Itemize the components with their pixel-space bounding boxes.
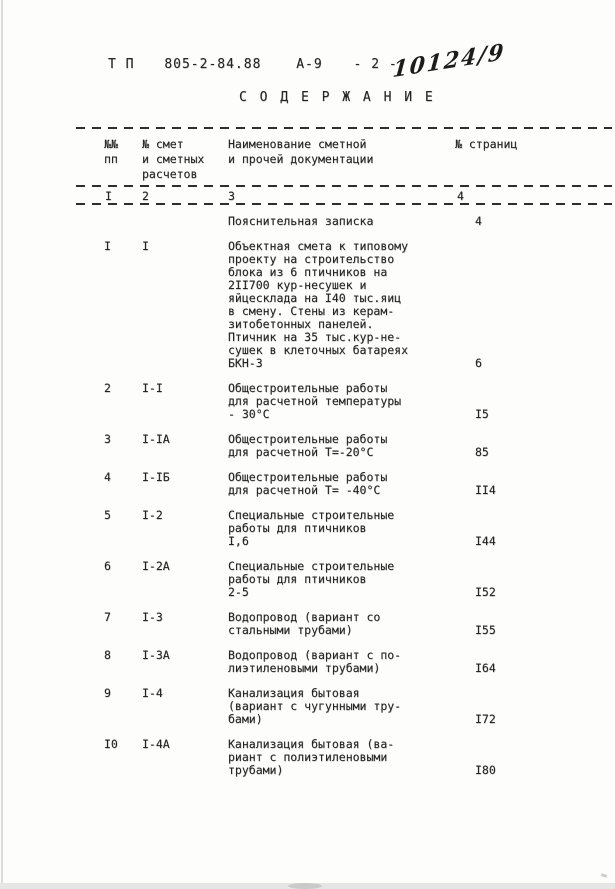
document-name: Пояснительная записка <box>228 215 434 228</box>
document-name: Канализация бытовая (ва- риант с полиэти… <box>228 738 434 777</box>
table-row: 4 I-IБ Общестроительные работы для расче… <box>0 471 615 497</box>
table-top-divider <box>76 127 612 129</box>
page-reference: 6 <box>434 357 595 370</box>
page-reference: I44 <box>434 535 595 548</box>
page-title: С О Д Е Р Ж А Н И Е <box>239 90 435 105</box>
column-number-4: 4 <box>457 190 464 203</box>
row-number: I0 <box>104 738 142 751</box>
page-reference: 85 <box>434 446 595 459</box>
estimate-number: I-4А <box>142 738 228 751</box>
sheet-number-label: - 2 - <box>354 57 398 72</box>
document-name: Водопровод (вариант с по- лиэтиленовыми … <box>228 649 434 675</box>
table-row: 7 I-3 Водопровод (вариант со стальными т… <box>0 611 615 637</box>
document-name: Канализация бытовая (вариант с чугунными… <box>228 687 434 726</box>
estimate-number: I-3 <box>142 611 228 624</box>
table-row: I I Объектная смета к типовому проекту н… <box>0 240 615 370</box>
table-row: 5 I-2 Специальные строительные работы дл… <box>0 509 615 548</box>
column-header-page-number: № страниц <box>455 137 517 152</box>
handwritten-inventory-number: 10124/9 <box>392 39 507 84</box>
row-number: 6 <box>104 560 142 573</box>
row-number: 4 <box>104 471 142 484</box>
table-row: 9 I-4 Канализация бытовая (вариант с чуг… <box>0 687 615 726</box>
estimate-number: I-2А <box>142 560 228 573</box>
page-reference: I5 <box>434 408 595 421</box>
page-reference: I80 <box>434 764 595 777</box>
table-body: Пояснительная записка 4 I I Объектная см… <box>0 215 615 789</box>
document-name: Общестроительные работы для расчетной те… <box>228 382 434 421</box>
row-number: 2 <box>104 382 142 395</box>
estimate-number: I-IБ <box>142 471 228 484</box>
table-row: 3 I-IА Общестроительные работы для расче… <box>0 433 615 459</box>
table-row: Пояснительная записка 4 <box>0 215 615 228</box>
estimate-number: I-IА <box>142 433 228 446</box>
column-number-3: 3 <box>228 190 235 203</box>
scanned-document-page: Т П 805-2-84.88 А-9 - 2 - 10124/9 С О Д … <box>0 0 615 889</box>
table-row: 8 I-3А Водопровод (вариант с по- лиэтиле… <box>0 649 615 675</box>
estimate-number: I-4 <box>142 687 228 700</box>
doc-code-label: 805-2-84.88 <box>164 57 261 72</box>
row-number: 9 <box>104 687 142 700</box>
scan-corner-mark <box>601 873 608 878</box>
doc-series-label: Т П <box>108 57 134 72</box>
estimate-number: I-3А <box>142 649 228 662</box>
row-number: I <box>104 240 142 253</box>
column-number-divider <box>76 203 612 205</box>
column-header-document-name: Наименование сметной и прочей документац… <box>228 137 373 167</box>
column-header-row-number: №№ пп <box>104 137 118 167</box>
page-reference: I52 <box>434 586 595 599</box>
page-reference: 4 <box>434 215 595 228</box>
document-name: Специальные строительные работы для птич… <box>228 560 434 599</box>
column-header-estimate-number: № смет и сметных расчетов <box>142 137 204 182</box>
row-number: 8 <box>104 649 142 662</box>
page-reference: II4 <box>434 484 595 497</box>
estimate-number: I <box>142 240 228 253</box>
album-code-label: А-9 <box>296 57 322 72</box>
estimate-number: I-2 <box>142 509 228 522</box>
document-name: Водопровод (вариант со стальными трубами… <box>228 611 434 637</box>
page-reference: I55 <box>434 624 595 637</box>
document-name: Общестроительные работы для расчетной Т=… <box>228 433 434 459</box>
table-row: 6 I-2А Специальные строительные работы д… <box>0 560 615 599</box>
page-reference: I64 <box>434 662 595 675</box>
document-name: Общестроительные работы для расчетной Т=… <box>228 471 434 497</box>
document-header: Т П 805-2-84.88 А-9 - 2 - <box>108 57 398 72</box>
row-number: 7 <box>104 611 142 624</box>
document-name: Объектная смета к типовому проекту на ст… <box>228 240 434 370</box>
column-number-2: 2 <box>142 190 149 203</box>
estimate-number: I-I <box>142 382 228 395</box>
column-number-1: I <box>105 190 112 203</box>
scan-smudge <box>288 883 322 889</box>
table-row: 2 I-I Общестроительные работы для расчет… <box>0 382 615 421</box>
row-number: 3 <box>104 433 142 446</box>
page-reference: I72 <box>434 713 595 726</box>
document-name: Специальные строительные работы для птич… <box>228 509 434 548</box>
table-header-divider <box>76 185 612 187</box>
table-row: I0 I-4А Канализация бытовая (ва- риант с… <box>0 738 615 777</box>
row-number: 5 <box>104 509 142 522</box>
